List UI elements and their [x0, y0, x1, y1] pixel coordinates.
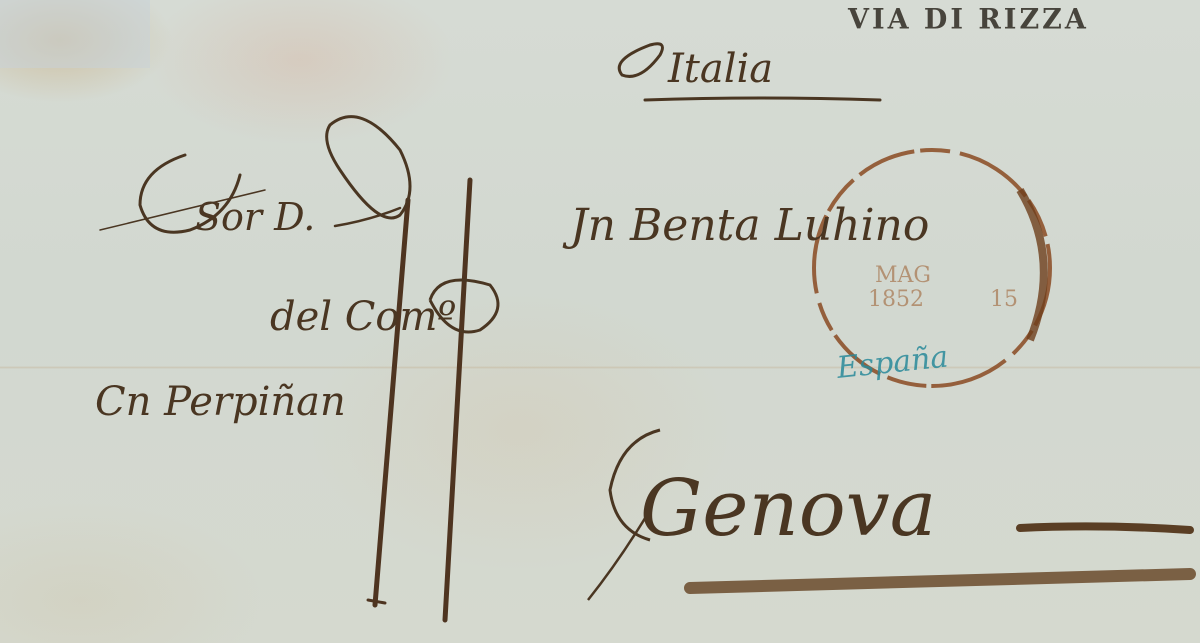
address-line-3: Cn Perpiñan: [95, 379, 346, 425]
svg-text:España: España: [834, 339, 950, 386]
letter-cover: VIA DI RIZZA MAG 1852 15 España Italia: [0, 0, 1200, 643]
svg-text:Italia: Italia: [667, 46, 773, 92]
city-underline-short: [1020, 526, 1190, 530]
postmark-day: 15: [990, 287, 1018, 312]
destination-city: Genova: [588, 430, 936, 600]
italia-routing-script: Italia: [619, 44, 880, 100]
postmark-month: MAG: [875, 263, 931, 288]
city-underline-long: [690, 574, 1190, 588]
svg-text:Genova: Genova: [640, 464, 936, 554]
salutation-text: Sor D.: [195, 195, 315, 239]
address-line-2: del Comº: [270, 294, 456, 340]
postmark-year: 1852: [868, 287, 924, 312]
d-flourish: [327, 117, 410, 226]
addressee-name: Jn Benta Luhino: [562, 200, 929, 251]
manuscript-ink-layer: MAG 1852 15 España Italia: [0, 0, 1200, 643]
rate-mark-11: [368, 180, 470, 620]
espana-annotation: España: [834, 339, 950, 386]
